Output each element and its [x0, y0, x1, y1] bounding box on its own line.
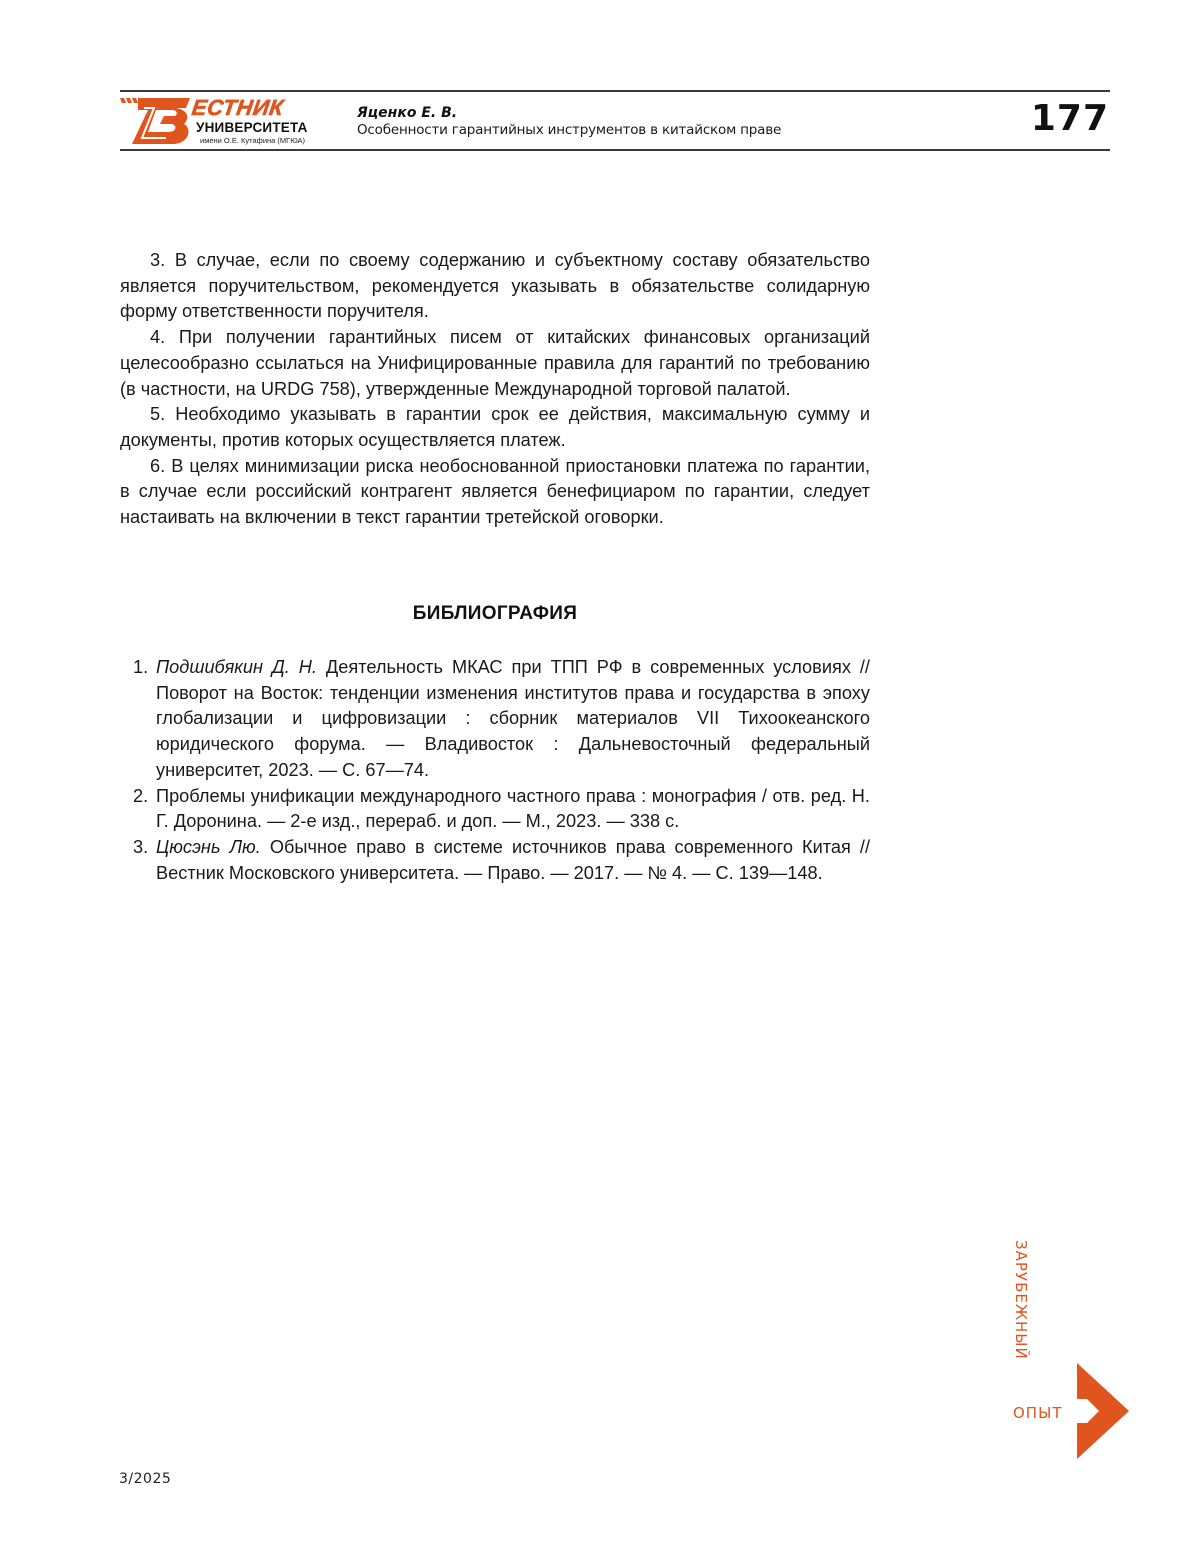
issue-number: 3/2025 — [119, 1471, 171, 1487]
item-number: 1. — [133, 655, 148, 681]
paragraph: 3. В случае, если по своему содержанию и… — [120, 248, 870, 325]
logo-subtitle: УНИВЕРСИТЕТА — [196, 120, 308, 135]
section-label-horizontal: ОПЫТ — [1013, 1404, 1062, 1422]
bibliography-item: 1.Подшибякин Д. Н. Деятельность МКАС при… — [120, 655, 870, 784]
bibliography-item: 2.Проблемы унификации международного час… — [120, 784, 870, 835]
item-author: Подшибякин Д. Н. — [156, 657, 317, 677]
running-head-title: Особенности гарантийных инструментов в к… — [357, 122, 781, 138]
bibliography-list: 1.Подшибякин Д. Н. Деятельность МКАС при… — [120, 655, 870, 886]
bibliography-item: 3.Цюсэнь Лю. Обычное право в системе ист… — [120, 835, 870, 886]
logo-v-mark-icon — [118, 94, 198, 148]
item-text: Обычное право в системе источников права… — [156, 837, 870, 883]
bibliography-heading: БИБЛИОГРАФИЯ — [120, 603, 870, 625]
paragraph: 6. В целях минимизации риска необоснован… — [120, 454, 870, 531]
logo-tagline: имени О.Е. Кутафина (МГЮА) — [200, 136, 305, 145]
header-rule-top — [120, 90, 1110, 92]
paragraph: 4. При получении гарантийных писем от ки… — [120, 325, 870, 402]
arrow-right-icon — [1077, 1363, 1131, 1459]
section-label-vertical: ЗАРУБЕЖНЫЙ — [1012, 1240, 1030, 1360]
page-number: 177 — [1031, 98, 1109, 139]
item-number: 2. — [133, 784, 148, 810]
item-number: 3. — [133, 835, 148, 861]
logo-title: ЕСТНИК — [190, 95, 285, 121]
item-text: Проблемы унификации международного частн… — [156, 786, 870, 832]
article-body: 3. В случае, если по своему содержанию и… — [120, 248, 870, 531]
paragraph: 5. Необходимо указывать в гарантии срок … — [120, 402, 870, 453]
item-author: Цюсэнь Лю. — [156, 837, 261, 857]
journal-logo: ЕСТНИК УНИВЕРСИТЕТА имени О.Е. Кутафина … — [118, 94, 328, 148]
running-head-author: Яценко Е. В. — [357, 105, 457, 121]
header-rule-bottom — [120, 149, 1110, 151]
